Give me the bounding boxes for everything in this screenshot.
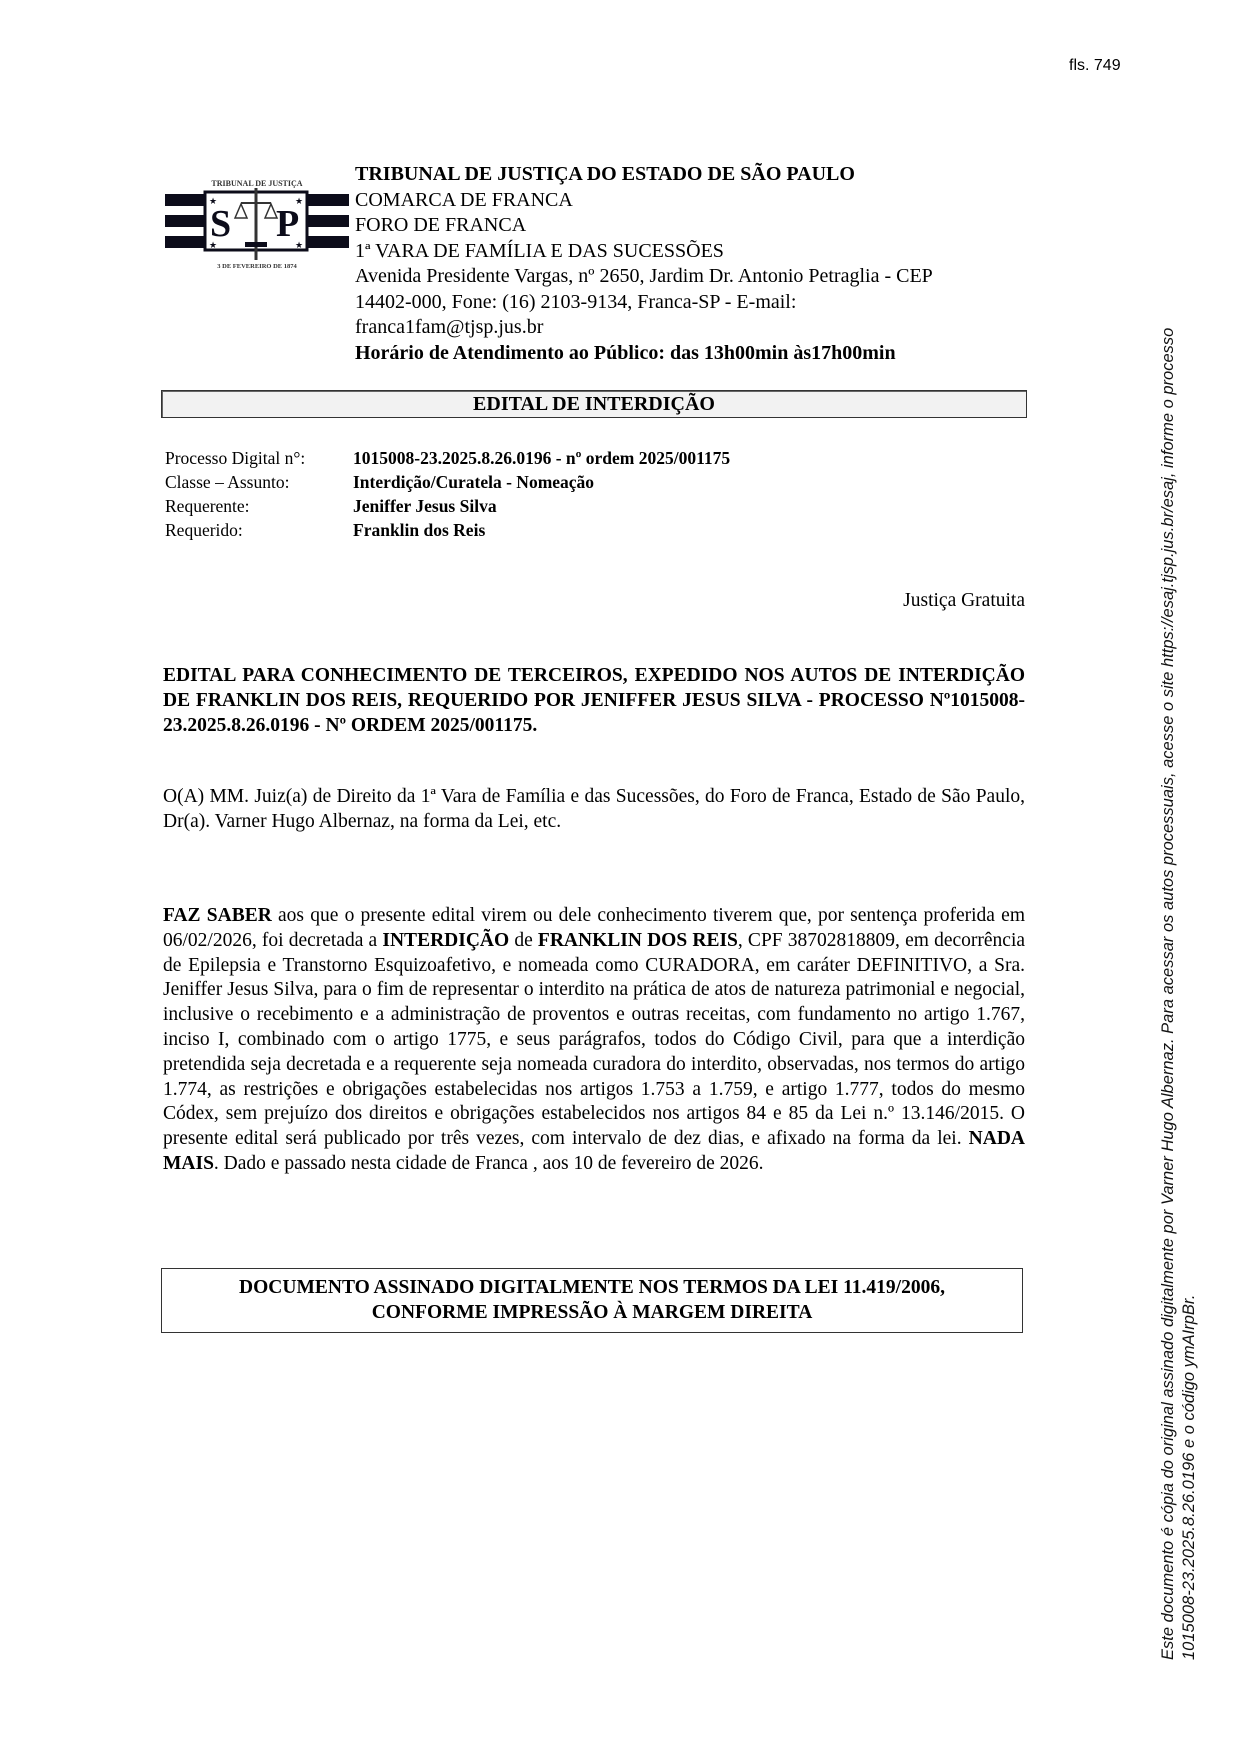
svg-text:★: ★ [295, 240, 303, 250]
svg-text:P: P [276, 203, 299, 245]
svg-text:S: S [210, 203, 231, 245]
svg-text:TRIBUNAL DE JUSTIÇA: TRIBUNAL DE JUSTIÇA [211, 179, 302, 188]
intro-paragraph: O(A) MM. Juiz(a) de Direito da 1ª Vara d… [163, 784, 1025, 834]
svg-text:★: ★ [295, 196, 303, 206]
body-paragraph: FAZ SABER aos que o presente edital vire… [163, 904, 1025, 1177]
edital-heading: EDITAL PARA CONHECIMENTO DE TERCEIROS, E… [163, 663, 1025, 738]
office-hours: Horário de Atendimento ao Público: das 1… [355, 341, 985, 367]
comarca: COMARCA DE FRANCA [355, 188, 985, 214]
case-info-row: Processo Digital n°: 1015008-23.2025.8.2… [165, 446, 730, 470]
vara: 1ª VARA DE FAMÍLIA E DAS SUCESSÕES [355, 239, 985, 265]
svg-text:★: ★ [209, 240, 217, 250]
signature-line-1: DOCUMENTO ASSINADO DIGITALMENTE NOS TERM… [162, 1275, 1022, 1300]
watermark-line-1: Este documento é cópia do original assin… [1158, 328, 1179, 1660]
svg-text:3 DE FEVEREIRO DE 1874: 3 DE FEVEREIRO DE 1874 [217, 263, 297, 270]
digital-signature-watermark: Este documento é cópia do original assin… [1158, 328, 1200, 1660]
case-info-row: Classe – Assunto: Interdição/Curatela - … [165, 470, 730, 494]
address-line-2: 14402-000, Fone: (16) 2103-9134, Franca-… [355, 290, 985, 316]
address-line-1: Avenida Presidente Vargas, nº 2650, Jard… [355, 264, 985, 290]
case-info-label: Processo Digital n°: [165, 446, 353, 470]
interdicted-name: FRANKLIN DOS REIS [538, 930, 738, 951]
digital-signature-notice: DOCUMENTO ASSINADO DIGITALMENTE NOS TERM… [161, 1268, 1023, 1333]
court-header: TRIBUNAL DE JUSTIÇA DO ESTADO DE SÃO PAU… [355, 162, 985, 366]
interdicao-term: INTERDIÇÃO [382, 930, 509, 951]
case-info-label: Requerente: [165, 494, 353, 518]
watermark-line-2: 1015008-23.2025.8.26.0196 e o código ymA… [1179, 328, 1200, 1660]
case-info-row: Requerido: Franklin dos Reis [165, 518, 730, 542]
document-title: EDITAL DE INTERDIÇÃO [161, 390, 1027, 418]
foro: FORO DE FRANCA [355, 213, 985, 239]
svg-text:★: ★ [209, 196, 217, 206]
case-info-label: Classe – Assunto: [165, 470, 353, 494]
tjsp-logo: S P ★ ★ ★ ★ TRIBUNAL DE JUSTIÇA 3 DE FEV… [163, 148, 351, 286]
case-info: Processo Digital n°: 1015008-23.2025.8.2… [165, 446, 730, 542]
tjsp-emblem-icon: S P ★ ★ ★ ★ TRIBUNAL DE JUSTIÇA 3 DE FEV… [163, 148, 351, 286]
court-email[interactable]: franca1fam@tjsp.jus.br [355, 315, 985, 341]
case-info-value: Franklin dos Reis [353, 518, 485, 542]
case-info-row: Requerente: Jeniffer Jesus Silva [165, 494, 730, 518]
faz-saber: FAZ SABER [163, 905, 272, 926]
court-name: TRIBUNAL DE JUSTIÇA DO ESTADO DE SÃO PAU… [355, 162, 985, 188]
signature-line-2: CONFORME IMPRESSÃO À MARGEM DIREITA [162, 1300, 1022, 1325]
case-info-value: Interdição/Curatela - Nomeação [353, 470, 594, 494]
case-info-label: Requerido: [165, 518, 353, 542]
justica-gratuita: Justiça Gratuita [903, 590, 1025, 612]
page-number: fls. 749 [1069, 57, 1121, 75]
case-info-value: Jeniffer Jesus Silva [353, 494, 497, 518]
case-info-value: 1015008-23.2025.8.26.0196 - nº ordem 202… [353, 446, 730, 470]
